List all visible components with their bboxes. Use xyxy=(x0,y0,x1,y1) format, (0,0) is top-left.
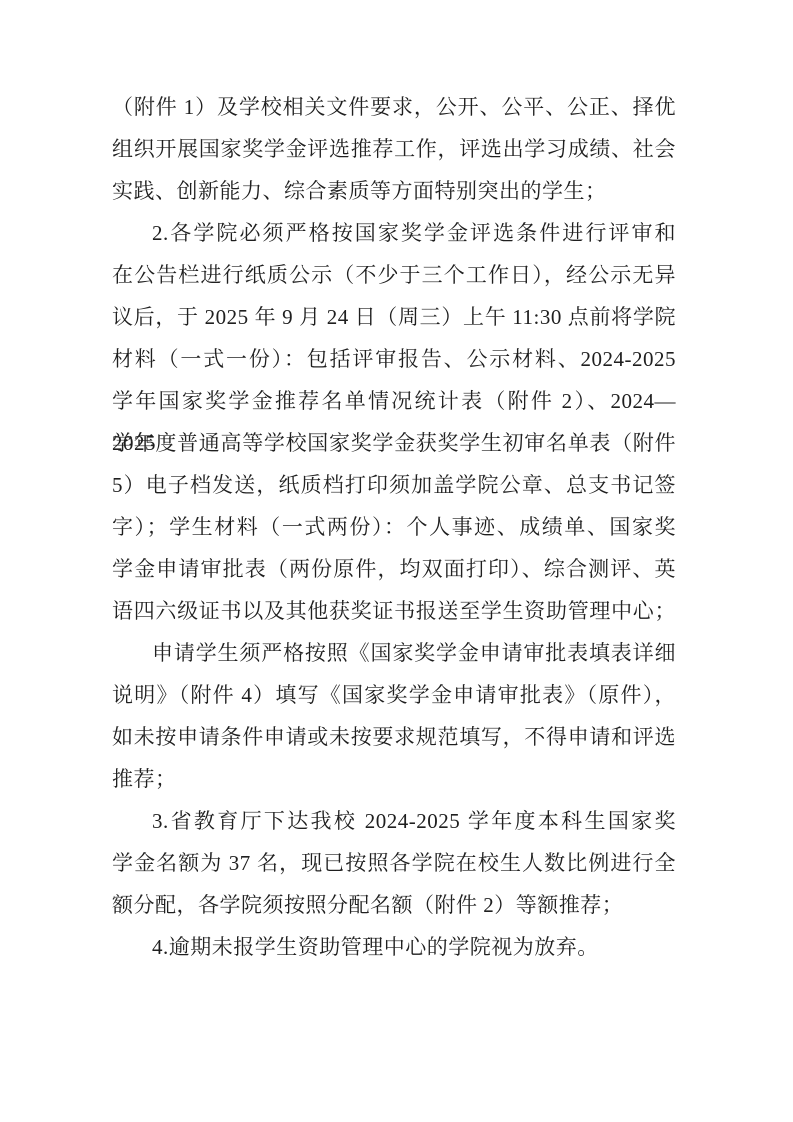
paragraph: 申请学生须严格按照《国家奖学金申请审批表填表详细说明》（附件 4）填写《国家奖学… xyxy=(112,632,676,800)
text-line: 在公告栏进行纸质公示（不少于三个工作日），经公示无异 xyxy=(112,254,676,296)
paragraph: 2.各学院必须严格按国家奖学金评选条件进行评审和在公告栏进行纸质公示（不少于三个… xyxy=(112,212,676,632)
text-line: 2.各学院必须严格按国家奖学金评选条件进行评审和 xyxy=(112,212,676,254)
text-line: 学年度普通高等学校国家奖学金获奖学生初审名单表（附件 xyxy=(112,422,676,464)
text-line: 语四六级证书以及其他获奖证书报送至学生资助管理中心； xyxy=(112,590,676,632)
text-line: 学金申请审批表（两份原件，均双面打印）、综合测评、英 xyxy=(112,548,676,590)
text-line: 学金名额为 37 名，现已按照各学院在校生人数比例进行全 xyxy=(112,842,676,884)
text-line: 议后，于 2025 年 9 月 24 日（周三）上午 11:30 点前将学院 xyxy=(112,296,676,338)
text-line: 组织开展国家奖学金评选推荐工作，评选出学习成绩、社会 xyxy=(112,128,676,170)
text-line: 推荐； xyxy=(112,758,676,800)
text-line: 如未按申请条件申请或未按要求规范填写，不得申请和评选 xyxy=(112,716,676,758)
text-line: 字）；学生材料（一式两份）：个人事迹、成绩单、国家奖 xyxy=(112,506,676,548)
text-line: 材料（一式一份）：包括评审报告、公示材料、2024-2025 xyxy=(112,338,676,380)
text-line: 实践、创新能力、综合素质等方面特别突出的学生； xyxy=(112,170,676,212)
text-line: 申请学生须严格按照《国家奖学金申请审批表填表详细 xyxy=(112,632,676,674)
document-page: （附件 1）及学校相关文件要求，公开、公平、公正、择优组织开展国家奖学金评选推荐… xyxy=(0,0,793,1122)
text-line: 3.省教育厅下达我校 2024-2025 学年度本科生国家奖 xyxy=(112,800,676,842)
text-line: 额分配，各学院须按照分配名额（附件 2）等额推荐； xyxy=(112,884,676,926)
text-line: （附件 1）及学校相关文件要求，公开、公平、公正、择优 xyxy=(112,86,676,128)
text-line: 5）电子档发送，纸质档打印须加盖学院公章、总支书记签 xyxy=(112,464,676,506)
paragraph: 4.逾期未报学生资助管理中心的学院视为放弃。 xyxy=(112,926,676,968)
document-body: （附件 1）及学校相关文件要求，公开、公平、公正、择优组织开展国家奖学金评选推荐… xyxy=(112,86,676,968)
paragraph: （附件 1）及学校相关文件要求，公开、公平、公正、择优组织开展国家奖学金评选推荐… xyxy=(112,86,676,212)
paragraph: 3.省教育厅下达我校 2024-2025 学年度本科生国家奖学金名额为 37 名… xyxy=(112,800,676,926)
text-line: 学年国家奖学金推荐名单情况统计表（附件 2）、2024—2025 xyxy=(112,380,676,422)
text-line: 说明》（附件 4）填写《国家奖学金申请审批表》（原件）， xyxy=(112,674,676,716)
text-line: 4.逾期未报学生资助管理中心的学院视为放弃。 xyxy=(112,926,676,968)
